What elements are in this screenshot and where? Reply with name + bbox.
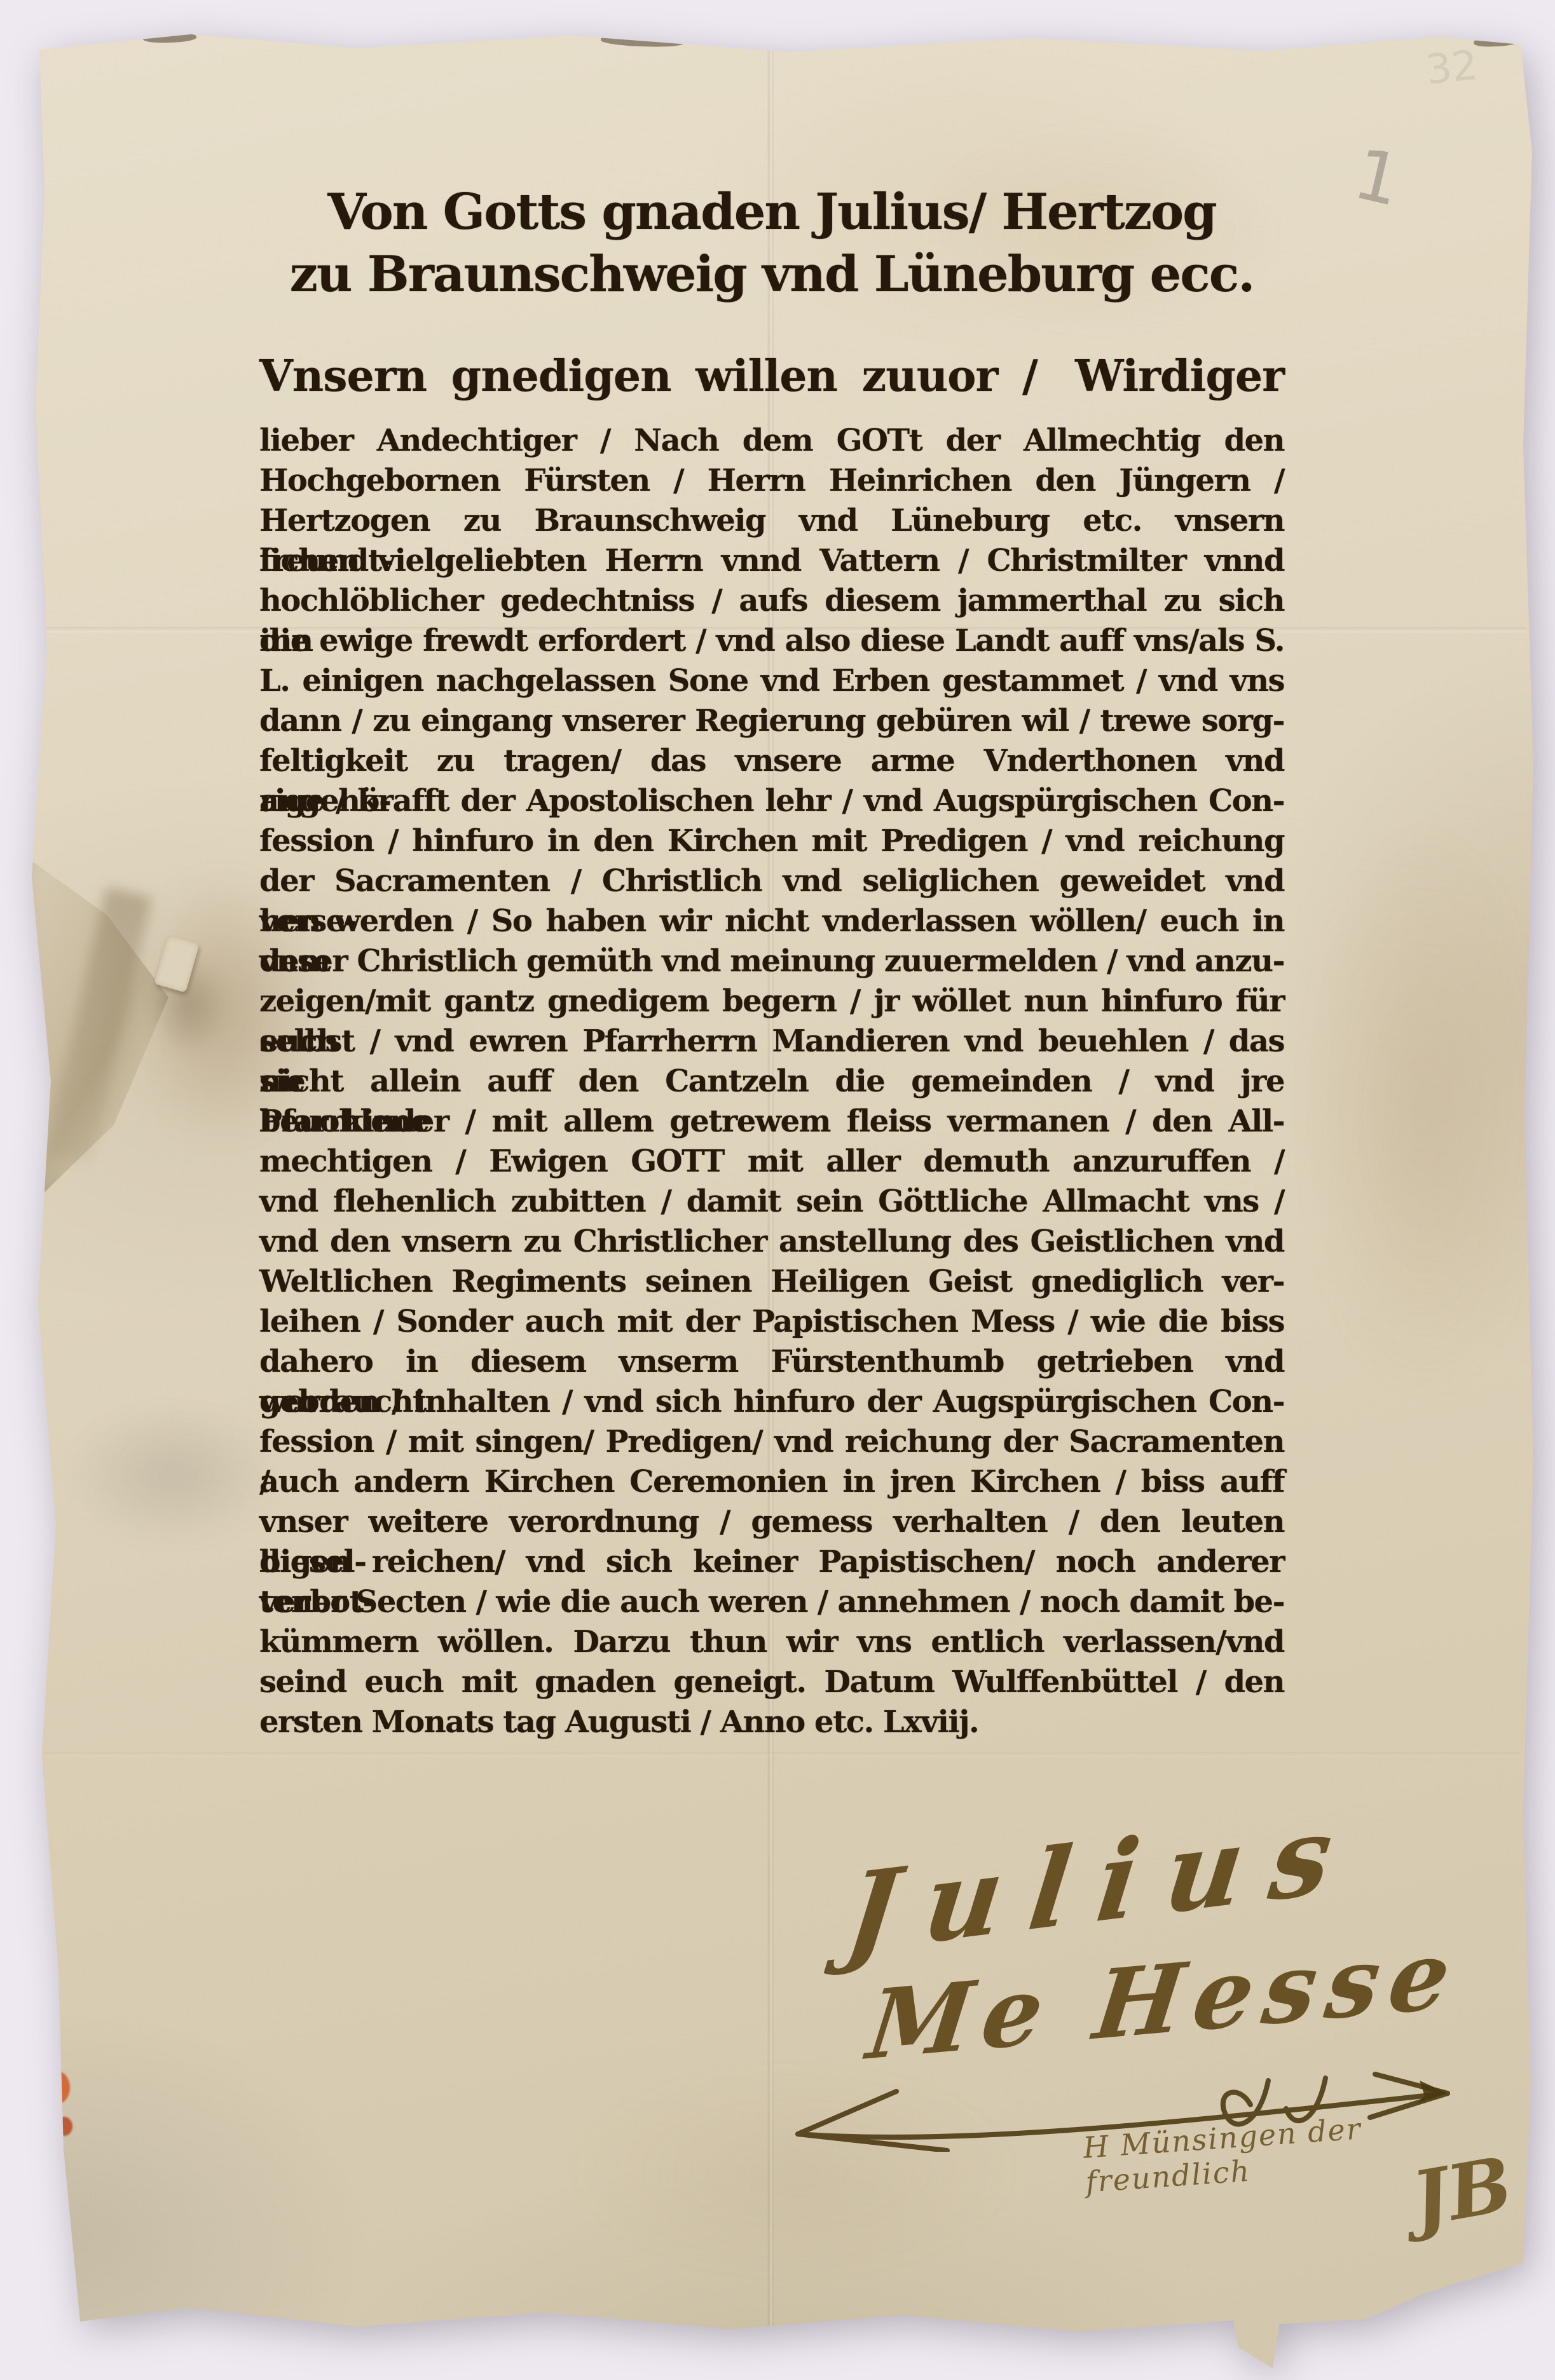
body-text-line: Hertzogen zu Braunschweig vnd Lüneburg e… (259, 501, 1284, 541)
wax-blob (17, 2056, 55, 2106)
body-text-line: mechtigen / Ewigen GOTT mit aller demuth… (259, 1142, 1284, 1182)
body-text-line: rige / krafft der Apostolischen lehr / v… (259, 781, 1284, 821)
wax-blob (56, 2117, 72, 2136)
title-line-2: zu Braunschweig vnd Lüneburg ecc. (259, 243, 1284, 306)
body-text-line: tener Secten / wie die auch weren / anne… (259, 1582, 1284, 1622)
paper-stain (1303, 826, 1545, 1399)
body-text-line: auch andern Kirchen Ceremonien in jren K… (259, 1462, 1284, 1502)
body-text-line: nicht allein auff den Cantzeln die gemei… (259, 1062, 1284, 1102)
body-text-line: die ewige frewdt erfordert / vnd also di… (259, 621, 1284, 661)
body-text-line: worden / inhalten / vnd sich hinfuro der… (259, 1382, 1284, 1422)
body-text-line: seind euch mit gnaden geneigt. Datum Wul… (259, 1662, 1284, 1702)
body-text-line: bigen reichen/ vnd sich keiner Papistisc… (259, 1542, 1284, 1582)
body-text-line: dann / zu eingang vnserer Regierung gebü… (259, 701, 1284, 741)
document-title: Von Gotts gnaden Julius/ Hertzog zu Brau… (259, 181, 1284, 306)
body-text-line: dahero in diesem vnserm Fürstenthumb get… (259, 1342, 1284, 1382)
body-text-line: leihen / Sonder auch mit der Papistische… (259, 1302, 1284, 1342)
folded-seal-flap (25, 859, 173, 1204)
body-text-line: lichen vielgeliebten Herrn vnnd Vattern … (259, 541, 1284, 581)
body-text-line: vnser weitere verordnung / gemess verhal… (259, 1502, 1284, 1542)
body-text-line: ersten Monats tag Augusti / Anno etc. Lx… (259, 1702, 1284, 1742)
title-line-1: Von Gotts gnaden Julius/ Hertzog (259, 181, 1284, 243)
body-text-line: selbst / vnd ewren Pfarrherrn Mandieren … (259, 1022, 1284, 1062)
body-text-line: fession / mit singen/ Predigen/ vnd reic… (259, 1422, 1284, 1462)
wax-blob (45, 2071, 70, 2104)
body-text-line: zeigen/mit gantz gnedigem begern / jr wö… (259, 981, 1284, 1022)
body-text-line: hen werden / So haben wir nicht vnderlas… (259, 901, 1284, 941)
body-text-line: vnd flehenlich zubitten / damit sein Göt… (259, 1182, 1284, 1222)
document-paper: 1 32 Von Gotts gnaden Julius/ Hertzog zu… (0, 0, 1555, 2380)
body-text-line: fession / hinfuro in den Kirchen mit Pre… (259, 821, 1284, 861)
body-text-line: der Sacramenten / Christlich vnd seligli… (259, 861, 1284, 901)
body-text-line: kümmern wöllen. Darzu thun wir vns entli… (259, 1622, 1284, 1662)
body-text-line: Hochgebornen Fürsten / Herrn Heinrichen … (259, 461, 1284, 501)
body-text-line: vnser Christlich gemüth vnd meinung zuue… (259, 941, 1284, 981)
wax-blob (13, 2095, 56, 2161)
body-text-line: feltigkeit zu tragen/ das vnsere arme Vn… (259, 741, 1284, 781)
paper-shadow-wrap: 1 32 Von Gotts gnaden Julius/ Hertzog zu… (0, 0, 1555, 2380)
document-photo: 1 32 Von Gotts gnaden Julius/ Hertzog zu… (0, 0, 1555, 2380)
body-text-line: hochlöblicher gedechtniss / aufs diesem … (259, 581, 1284, 621)
salutation-left: Vnsern gnedigen willen zuuor / (259, 351, 1038, 402)
pencil-folio-number: 1 (1347, 133, 1409, 222)
edge-wear-mark (1474, 36, 1520, 48)
body-text-line: Weltlichen Regiments seinen Heiligen Gei… (259, 1262, 1284, 1302)
letter-body: lieber Andechtiger / Nach dem GOTt der A… (259, 421, 1284, 1742)
salutation-right: Wirdiger (1075, 351, 1284, 402)
edge-wear-mark (601, 34, 685, 48)
body-text-line: lieber Andechtiger / Nach dem GOTt der A… (259, 421, 1284, 461)
edge-wear-mark (747, 42, 791, 50)
annotation-monogram: JB (1406, 2140, 1518, 2244)
body-text-line: Pfarrkinder / mit allem getrewem fleiss … (259, 1102, 1284, 1142)
body-text-line: L. einigen nachgelassen Sone vnd Erben g… (259, 661, 1284, 701)
pencil-corner-mark: 32 (1423, 42, 1480, 94)
body-text-line: vnd den vnsern zu Christlicher anstellun… (259, 1222, 1284, 1262)
salutation-line: Vnsern gnedigen willen zuuor / Wirdiger (259, 351, 1284, 402)
edge-wear-mark (143, 32, 196, 44)
ink-bleedthrough-smudge (69, 1405, 278, 1545)
wax-blob (16, 2148, 60, 2210)
horizontal-fold-crease (45, 1752, 1519, 1757)
paper-seal-tab (154, 934, 200, 992)
